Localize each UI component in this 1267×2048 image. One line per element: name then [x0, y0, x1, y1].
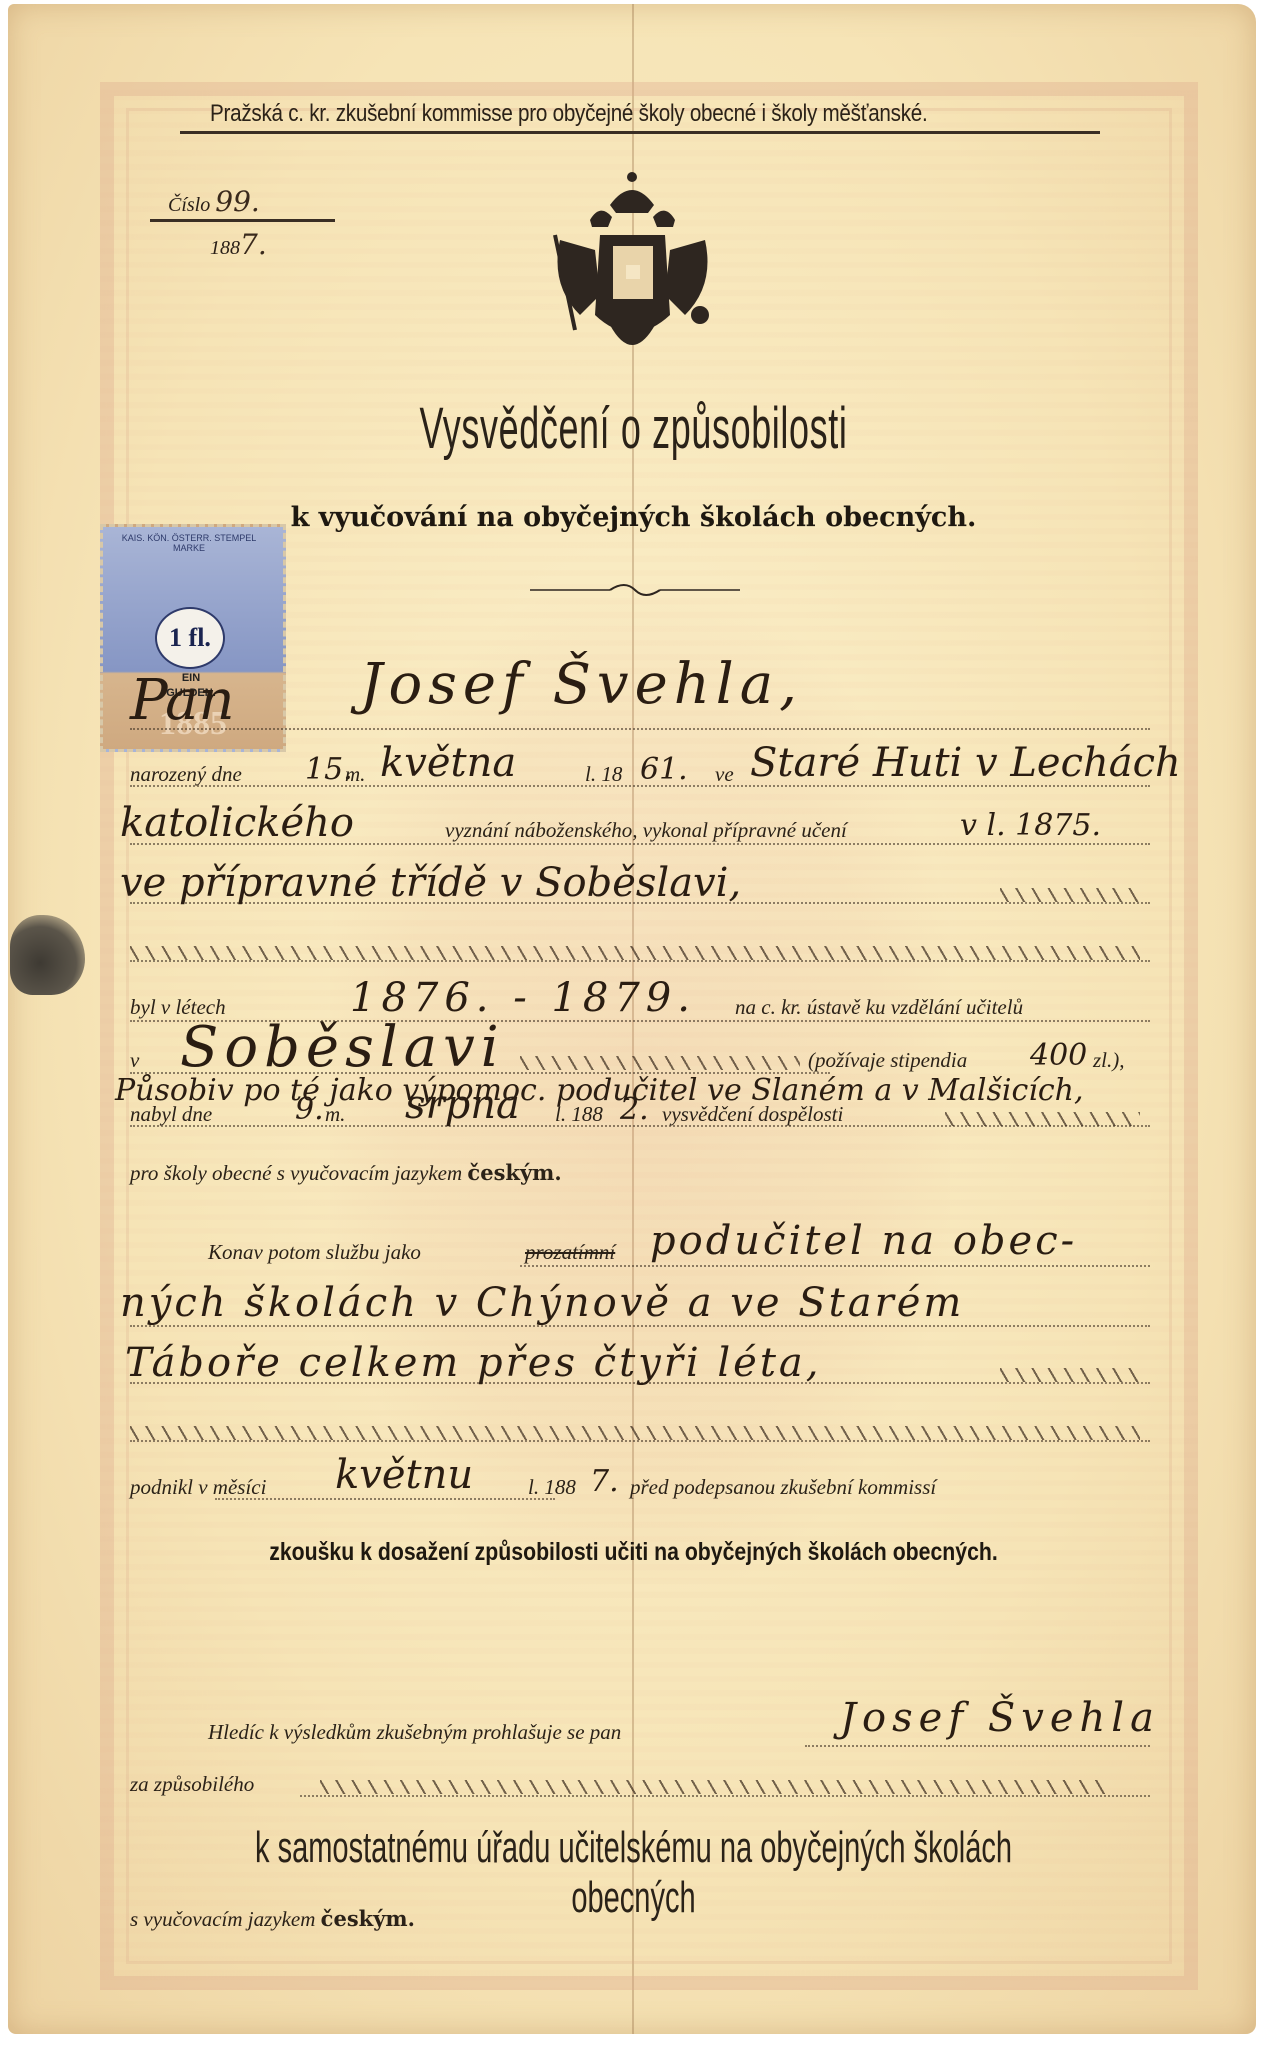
stamp-value: 1 fl. — [155, 607, 225, 669]
pan-label: Pan — [130, 668, 235, 733]
qualified-text: za způsobilého — [130, 1772, 254, 1797]
filler-wave — [520, 1056, 800, 1070]
schools-line: pro školy obecné s vyučovacím jazykem če… — [130, 1160, 562, 1186]
exam-year: 7. — [590, 1464, 619, 1499]
stipend-currency: zl.), — [1093, 1048, 1125, 1073]
declaration-text: Hledíc k výsledkům zkušebným prohlašuje … — [208, 1720, 621, 1745]
preparatory-year: v l. 1875. — [960, 808, 1101, 843]
filler-wave — [1000, 888, 1140, 902]
year-handwritten: 7. — [240, 228, 267, 261]
final-text: s vyučovacím jazykem — [130, 1907, 315, 1931]
blank-line-2 — [130, 1440, 1150, 1442]
stamp-top-text: KAIS. KÖN. ÖSTERR. STEMPEL MARKE — [109, 533, 269, 553]
month-label: m. — [345, 762, 365, 787]
institute-text: na c. kr. ústavě ku vzdělání učitelů — [735, 995, 1023, 1020]
religion-text: vyznání náboženského, vykonal přípravné … — [445, 818, 847, 843]
religion: katolického — [120, 800, 354, 846]
service-label: Konav potom službu jako — [208, 1240, 421, 1265]
document-number: Číslo 99. — [168, 185, 260, 218]
year-label: l. 188 — [555, 1102, 603, 1127]
filler-wave — [130, 946, 1140, 960]
schools-text: pro školy obecné s vyučovacím jazykem — [130, 1161, 462, 1185]
month-label: m. — [325, 1102, 345, 1127]
service-schools: ných školách v Chýnově a ve Starém — [120, 1280, 964, 1326]
exam-text: před podepsanou zkušební kommissí — [630, 1475, 936, 1500]
born-label: narozený dne — [130, 762, 242, 787]
issuing-commission: Pražská c. kr. zkušební kommisse pro oby… — [210, 100, 927, 128]
institute-place: Soběslavi — [180, 1015, 505, 1080]
maturity-year: 2. — [620, 1092, 649, 1127]
stipend-label: (požívaje stipendia — [808, 1048, 967, 1073]
birth-month: května — [380, 740, 516, 786]
final-language: českým. — [321, 1906, 415, 1931]
number-value: 99. — [215, 185, 260, 218]
declared-name: Josef Švehla — [840, 1695, 1160, 1741]
stipend-amount: 400 — [1030, 1038, 1087, 1073]
obtained-label: nabyl dne — [130, 1102, 212, 1127]
in-label: v — [130, 1048, 139, 1073]
exam-month: květnu — [335, 1452, 473, 1498]
place-label: ve — [715, 762, 734, 787]
certificate-title: Vysvědčení o způsobilosti — [241, 395, 1027, 462]
document-year: 1887. — [210, 228, 267, 261]
birth-place: Staré Huti v Lechách — [750, 740, 1181, 786]
exam-description: zkoušku k dosažení způsobilosti učiti na… — [95, 1538, 1172, 1567]
preparatory-place: ve přípravné třídě v Soběslavi, — [120, 860, 741, 906]
maturity-month: srpna — [405, 1082, 520, 1128]
service-position: podučitel na obec- — [650, 1218, 1077, 1264]
maturity-text: vysvědčení dospělosti — [662, 1102, 843, 1127]
number-label: Číslo — [168, 194, 210, 216]
number-rule — [150, 219, 335, 222]
final-language-line: s vyučovacím jazykem českým. — [130, 1906, 415, 1932]
qualified-line — [300, 1795, 1150, 1797]
birth-year: 61. — [640, 752, 688, 787]
ornament-divider-icon — [530, 580, 740, 600]
exam-month-label: podnikl v měsíci — [130, 1475, 266, 1500]
year-printed: 188 — [210, 237, 240, 259]
filler-wave — [945, 1112, 1140, 1126]
blank-line — [130, 960, 1150, 962]
filler-wave — [320, 1780, 1110, 1794]
name-line — [130, 728, 1150, 730]
declare-line — [805, 1745, 1150, 1747]
service-line-1 — [520, 1265, 1150, 1267]
struck-provisional: prozatímní — [525, 1240, 615, 1265]
filler-wave — [1000, 1368, 1140, 1382]
double-headed-eagle-icon — [540, 165, 725, 365]
holder-name: Josef Švehla, — [360, 652, 803, 717]
maturity-day: 9. — [295, 1092, 324, 1127]
year-label: l. 18 — [585, 762, 622, 787]
language: českým. — [467, 1160, 561, 1185]
year-label: l. 188 — [528, 1475, 576, 1500]
filler-wave — [130, 1426, 1140, 1440]
service-duration: Táboře celkem přes čtyři léta, — [125, 1340, 821, 1386]
header-rule — [180, 131, 1100, 134]
